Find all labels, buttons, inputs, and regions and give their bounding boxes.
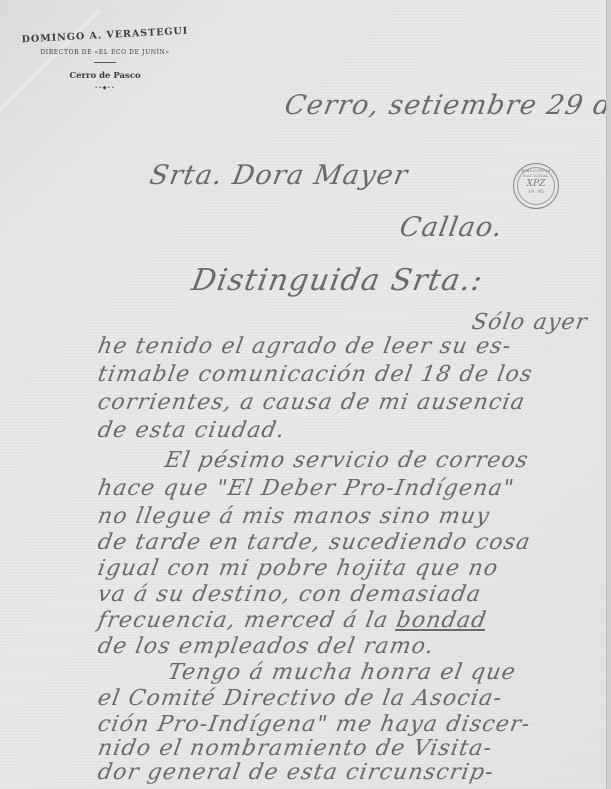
body-line: va á su destino, con demasiada (96, 582, 484, 607)
body-line: El pésimo servicio de correos (163, 448, 531, 473)
letter-date: Cerro, setiembre 29 de 1915. (282, 90, 611, 121)
stamp-ring-text: BIBLIOTECA NACIONAL (514, 168, 558, 178)
body-line: el Comité Directivo de la Asocia- (96, 686, 505, 711)
body-line: no llegue á mis manos sino muy (96, 504, 492, 529)
body-line: nido el nombramiento de Visita- (96, 736, 495, 761)
stamp-year: 19 . 85 (514, 190, 558, 195)
body-line: he tenido el agrado de leer su es- (96, 334, 514, 359)
body-line: corrientes, a causa de mi ausencia (96, 390, 528, 415)
letterhead-title: DIRECTOR DE «EL ECO DE JUNÍN» (20, 49, 190, 56)
stamp-code: XPZ (514, 179, 558, 189)
letter-page: DOMINGO A. VERASTEGUI DIRECTOR DE «EL EC… (0, 0, 606, 789)
page-edge (606, 0, 611, 789)
letter-recipient: Srta. Dora Mayer (147, 160, 411, 191)
body-line: ción Pro-Indígena" me haya discer- (96, 712, 533, 737)
letter-greeting: Distinguida Srta.: (189, 263, 486, 298)
body-line: de esta ciudad. (96, 418, 288, 443)
body-line: Sólo ayer (470, 310, 590, 335)
letter-recipient-city: Callao. (397, 212, 505, 243)
body-line-text: frecuencia, merced á la (96, 608, 391, 633)
letterhead: DOMINGO A. VERASTEGUI DIRECTOR DE «EL EC… (20, 30, 190, 91)
underlined-word: bondad (394, 608, 488, 633)
library-stamp-icon: BIBLIOTECA NACIONAL XPZ 19 . 85 (513, 163, 559, 209)
body-line: de los empleados del ramo. (96, 634, 437, 659)
body-line: hace que "El Deber Pro-Indígena" (96, 476, 517, 501)
letterhead-city: Cerro de Pasco (20, 71, 190, 81)
body-line: dor general de esta circunscrip- (96, 760, 496, 785)
letterhead-divider (94, 62, 116, 63)
body-line: de tarde en tarde, sucediendo cosa (96, 530, 533, 555)
body-line: timable comunicación del 18 de los (96, 362, 535, 387)
body-line: Tengo á mucha honra el que (166, 660, 518, 685)
body-line: frecuencia, merced á la bondad (96, 608, 489, 633)
body-line: igual con mi pobre hojita que no (96, 556, 501, 581)
ornament-icon: ••◆•• (20, 85, 190, 91)
